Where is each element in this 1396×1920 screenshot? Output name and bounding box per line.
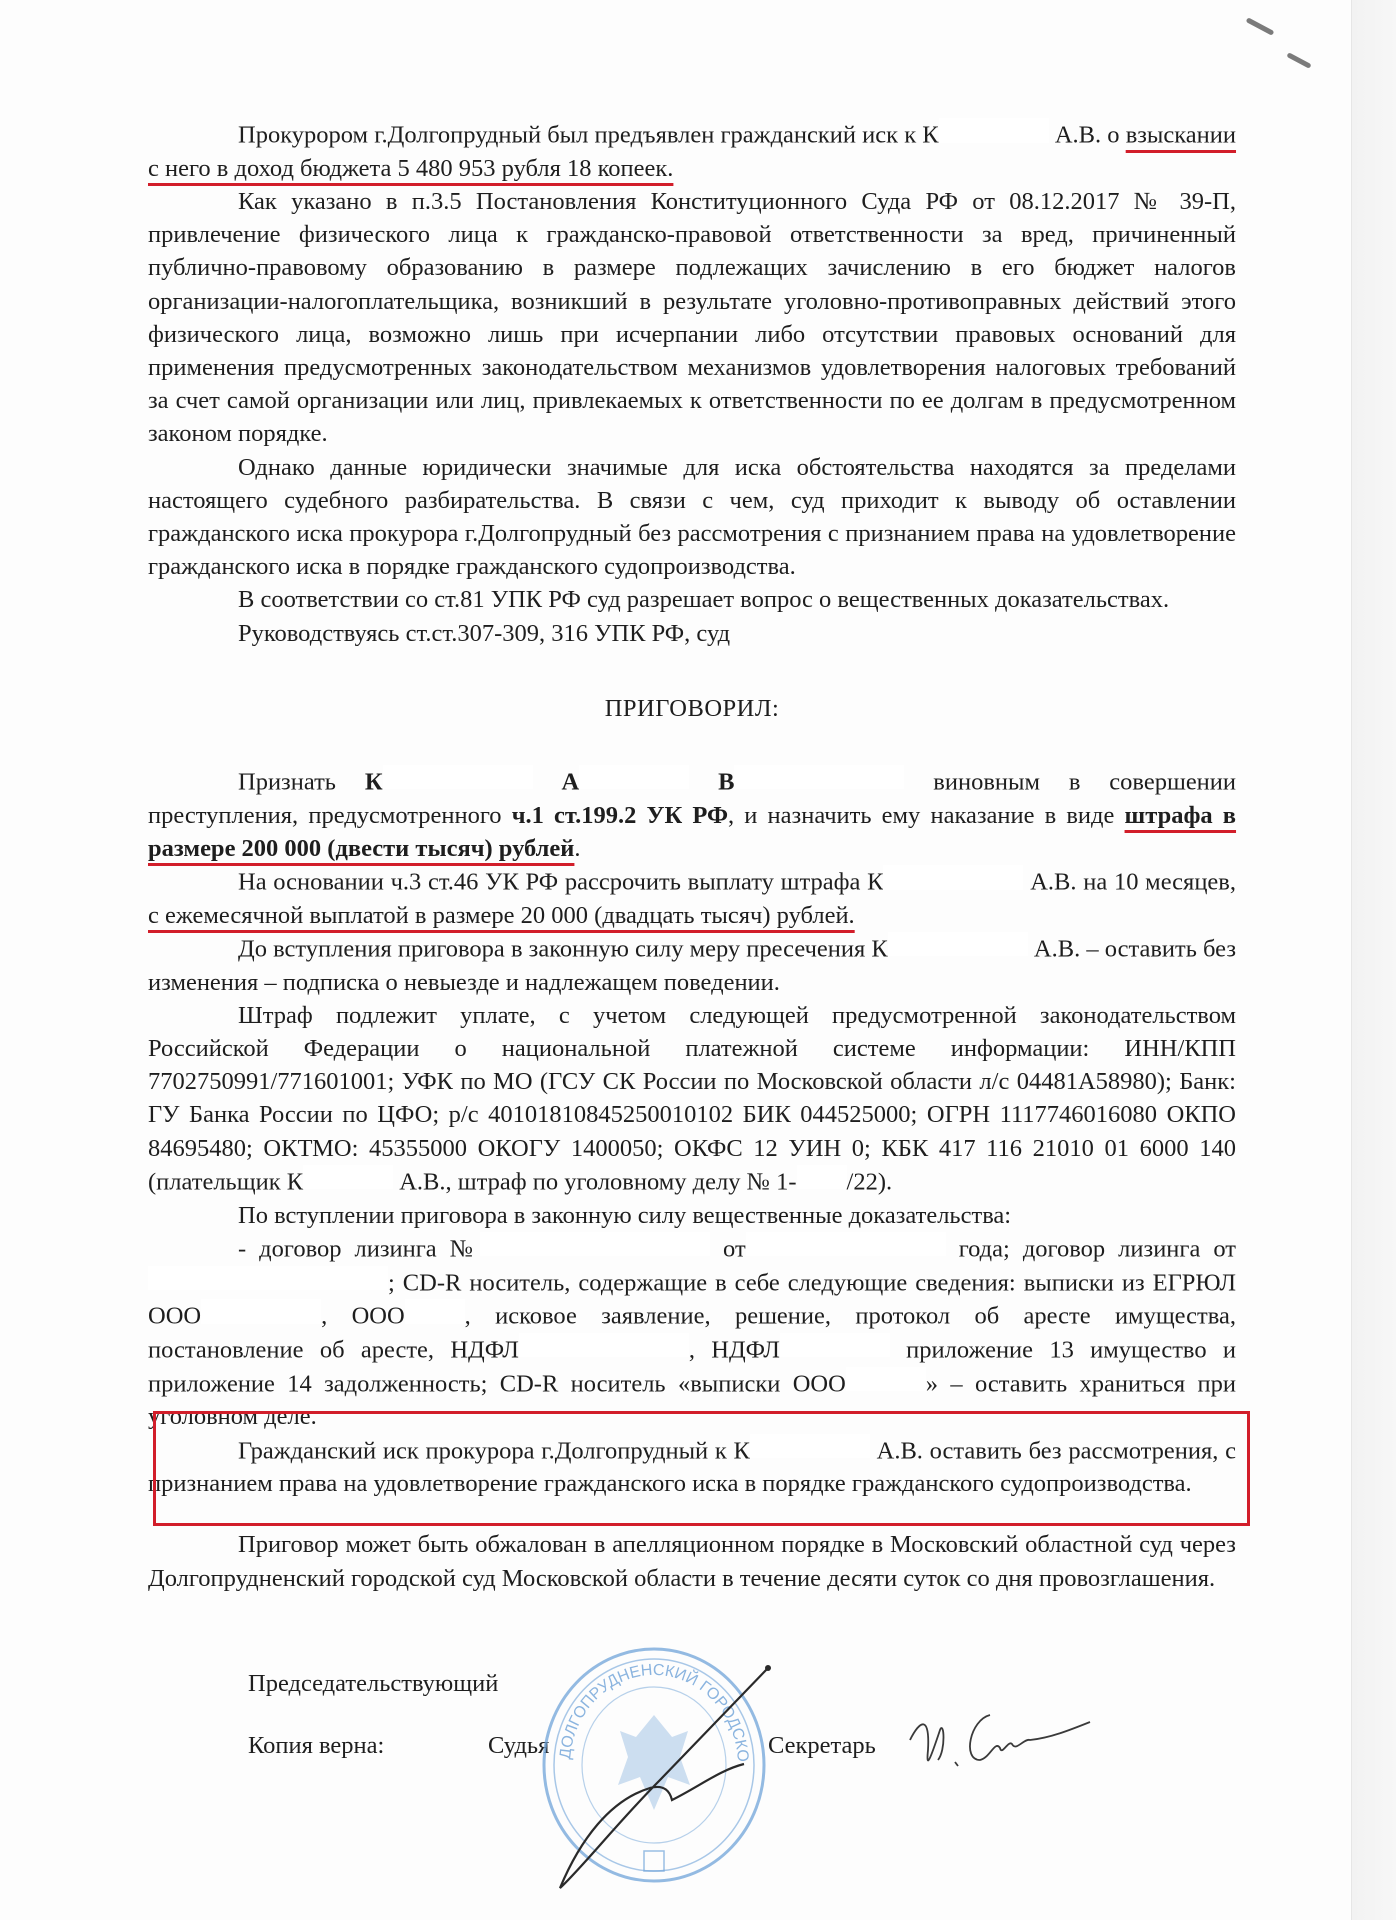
page-edge-shadow <box>1351 0 1396 1920</box>
text: от <box>723 1235 746 1262</box>
text: До вступления приговора в законную силу … <box>238 935 888 962</box>
redaction <box>883 865 1023 890</box>
redaction <box>303 1165 393 1190</box>
criminal-article: ч.1 ст.199.2 УК РФ <box>512 802 728 829</box>
paragraph-guilty: Признать К А В виновным в совершении пре… <box>148 765 1236 865</box>
redaction <box>201 1299 321 1324</box>
redaction <box>888 932 1028 957</box>
text: , и назначить ему наказание в виде <box>728 802 1114 829</box>
redaction <box>519 1333 689 1358</box>
staple-mark <box>1246 17 1275 35</box>
verdict-heading: ПРИГОВОРИЛ: <box>148 692 1236 725</box>
text: , ООО <box>321 1303 405 1330</box>
text: - договор лизинга № <box>238 1235 480 1262</box>
text: /22). <box>847 1168 893 1195</box>
paragraph-legal-circumstances: Однако данные юридически значимые для ис… <box>148 451 1236 584</box>
paragraph-civil-claim: Прокурором г.Долгопрудный был предъявлен… <box>148 118 1236 185</box>
staple-mark <box>1286 52 1311 69</box>
paragraph-appeal: Приговор может быть обжалован в апелляци… <box>148 1528 1236 1594</box>
presiding-label: Председательствующий <box>248 1670 498 1698</box>
text: от <box>1213 1235 1236 1262</box>
text: А.В., штраф по уголовному делу № 1- <box>399 1168 796 1195</box>
redaction <box>579 765 689 790</box>
document-body: Прокурором г.Долгопрудный был предъявлен… <box>148 118 1236 1595</box>
redaction <box>746 1232 946 1257</box>
secretary-signature-icon <box>900 1700 1100 1790</box>
text: А.В. о <box>1055 122 1120 149</box>
text: года; договор лизинга <box>959 1235 1201 1262</box>
paragraph-civil-claim-decision: Гражданский иск прокурора г.Долгопрудный… <box>148 1434 1236 1501</box>
paragraph-guided-by: Руководствуясь ст.ст.307-309, 316 УПК РФ… <box>148 617 1236 650</box>
defendant-initial: В <box>718 768 734 795</box>
text: . <box>574 835 580 862</box>
text: Признать <box>238 768 336 795</box>
text: Гражданский иск прокурора г.Долгопрудный… <box>238 1437 750 1464</box>
redaction <box>480 1232 710 1257</box>
redaction <box>780 1333 890 1358</box>
redaction <box>797 1165 847 1190</box>
copy-true-label: Копия верна: <box>248 1732 384 1760</box>
underlined-monthly-payment: с ежемесячной выплатой в размере 20 000 … <box>148 902 855 929</box>
paragraph-payment-details: Штраф подлежит уплате, с учетом следующе… <box>148 999 1236 1199</box>
text: А.В. на 10 месяцев, <box>1030 869 1236 896</box>
text: Прокурором г.Долгопрудный был предъявлен… <box>238 122 939 149</box>
redaction <box>750 1434 870 1459</box>
redaction <box>939 118 1049 143</box>
paragraph-physical-evidence: По вступлении приговора в законную силу … <box>148 1199 1236 1434</box>
judge-signature-icon <box>500 1660 830 1900</box>
text: По вступлении приговора в законную силу … <box>238 1202 1011 1229</box>
redaction <box>846 1367 926 1392</box>
paragraph-installments: На основании ч.3 ст.46 УК РФ рассрочить … <box>148 865 1236 932</box>
text: , НДФЛ <box>689 1336 780 1363</box>
redaction <box>383 765 533 790</box>
redaction <box>148 1266 388 1291</box>
redaction <box>405 1299 465 1324</box>
paragraph-evidence-article: В соответствии со ст.81 УПК РФ суд разре… <box>148 583 1236 616</box>
text: На основании ч.3 ст.46 УК РФ рассрочить … <box>238 869 883 896</box>
defendant-initial: А <box>561 768 579 795</box>
redaction <box>734 765 904 790</box>
defendant-initial: К <box>365 768 383 795</box>
paragraph-preventive-measure: До вступления приговора в законную силу … <box>148 932 1236 999</box>
paragraph-constitutional-court: Как указано в п.3.5 Постановления Консти… <box>148 185 1236 451</box>
